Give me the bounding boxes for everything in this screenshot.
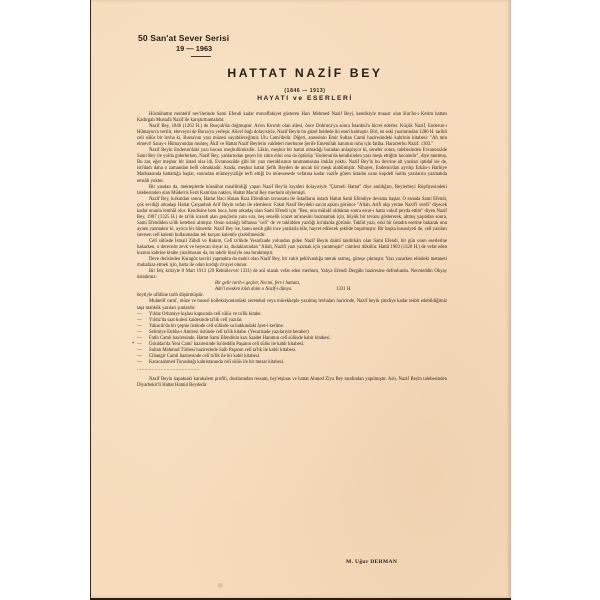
paragraph: Celî sülüsde İsmail Zühdi ve Rakım, Celî… (137, 239, 447, 257)
author-signature: M. Uğur DERMAN (346, 559, 397, 565)
footnote-separator: ........................................… (137, 367, 447, 373)
paragraph: Hüsnühattın muhtelif nev'ilerinde Sami E… (137, 112, 447, 124)
series-divider (191, 56, 211, 57)
life-dates: (1846 — 1913) (91, 88, 511, 94)
paper-stain (218, 583, 223, 588)
poem-line-2-text: Adn'i mesken kıldı daim o Nazif-i dünya. (215, 287, 292, 293)
paragraph: Nazif Bey, 1846 (1262 H.) de Rusçuk'da d… (137, 124, 447, 148)
asterisk-marker: * (132, 342, 134, 348)
paragraph: Nazif Bey, kırkından sonra, Hattat Hacı … (137, 197, 447, 239)
series-title: 50 San'at Sever Serisi (138, 33, 229, 43)
paragraph: Deve derisinden Karagöz tasviri yapmakta… (137, 257, 447, 269)
poem-couplet: Bir gelir tarih-i geçker, Necmi, fert-i … (137, 281, 447, 293)
dash-marker: — (137, 360, 142, 366)
document-page: 50 San'at Sever Serisi 19 — 1963 HATTAT … (90, 0, 511, 600)
works-intro: Muhtelif cami', müze ve hususî kolleksiy… (137, 299, 447, 311)
page-title: HATTAT NAZİF BEY (91, 66, 511, 80)
article-body: Hüsnühattın muhtelif nev'ilerinde Sami E… (137, 112, 447, 389)
poem-year: 1331 H. (336, 287, 351, 293)
footnote: Nazif Beyin kapaktaki karakalem profili,… (137, 377, 447, 389)
page-subtitle: HAYATI ve ESERLERİ (91, 95, 511, 102)
works-list: —Yıldız Orhaniye kışlası kapısında celî … (137, 312, 447, 366)
list-item: —Karacaahmed Tunusbağı kabristanında cel… (137, 360, 447, 366)
paragraph: Bir felç kriziyle 8 Mart 1913 (29 Rebiül… (137, 269, 447, 281)
series-number: 19 — 1963 (176, 44, 212, 53)
paragraph: Bir yandan da, mekteplerde hüsnühat mual… (137, 185, 447, 197)
paragraph: Nazif Beyin Enderun'daki yazı hocası meç… (137, 148, 447, 184)
